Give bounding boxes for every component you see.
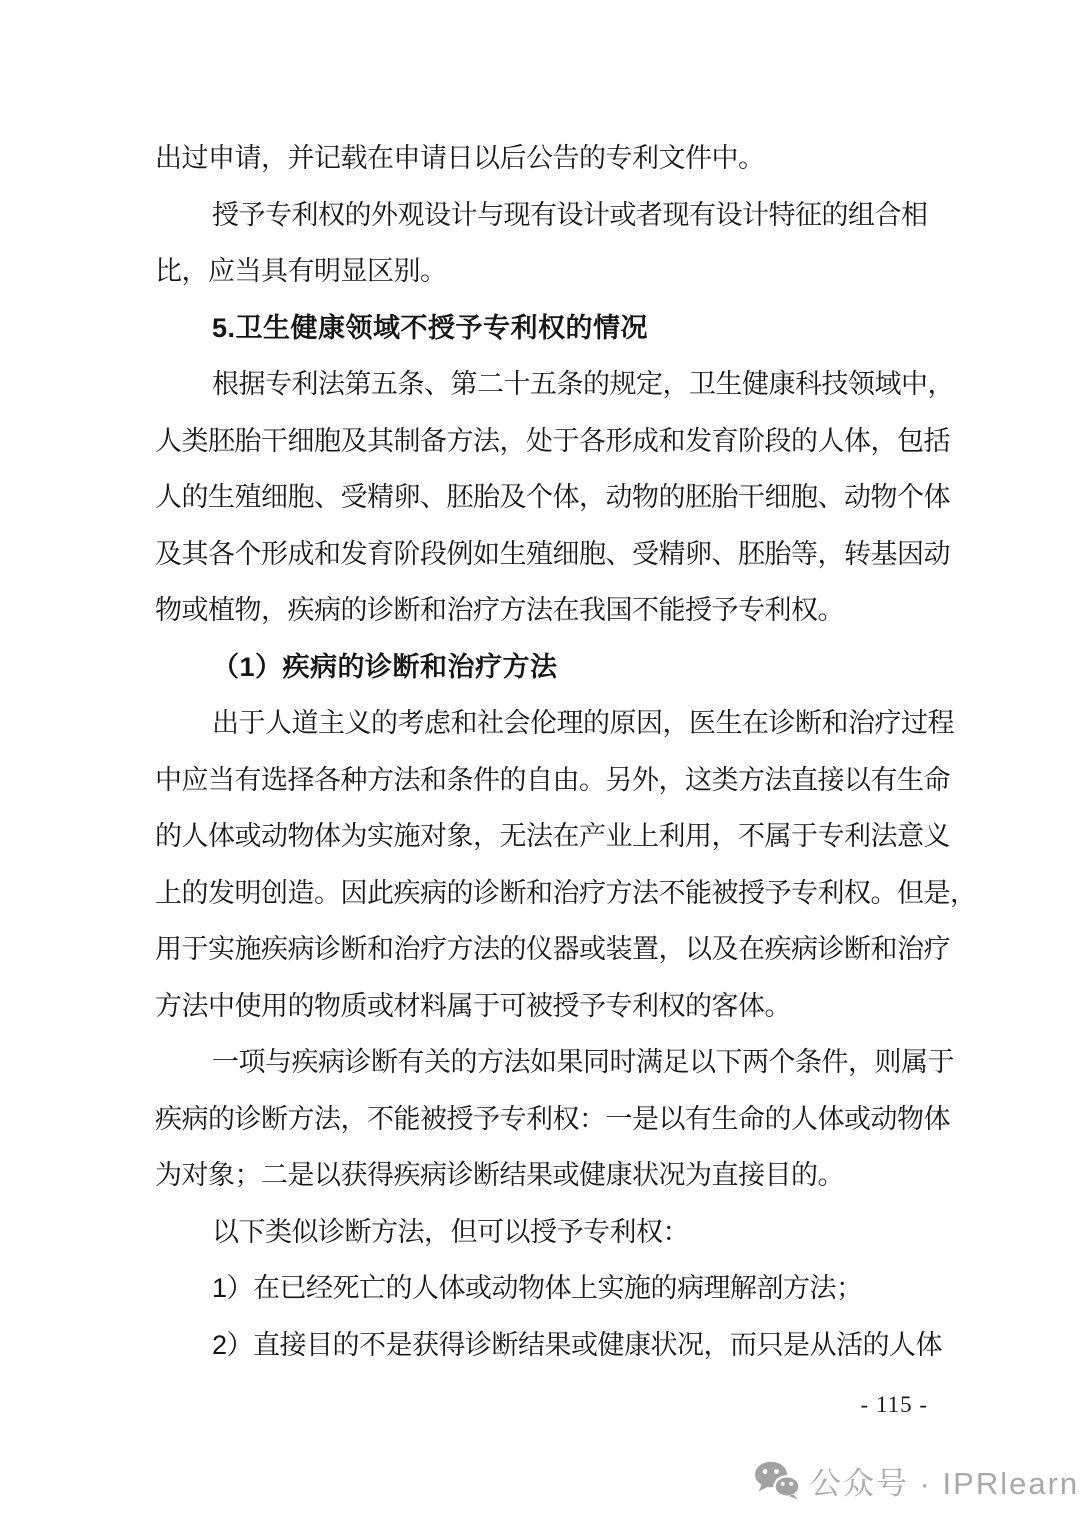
paragraph-line: 用于实施疾病诊断和治疗方法的仪器或装置，以及在疾病诊断和治疗 xyxy=(155,921,930,978)
document-body: 出过申请，并记载在申请日以后公告的专利文件中。 授予专利权的外观设计与现有设计或… xyxy=(155,130,930,1373)
paragraph-line: 人的生殖细胞、受精卵、胚胎及个体，动物的胚胎干细胞、动物个体 xyxy=(155,469,930,526)
paragraph-line: 疾病的诊断方法，不能被授予专利权：一是以有生命的人体或动物体 xyxy=(155,1091,930,1148)
paragraph-line: 以下类似诊断方法，但可以授予专利权： xyxy=(155,1204,930,1261)
paragraph-line: 根据专利法第五条、第二十五条的规定，卫生健康科技领域中， xyxy=(155,356,930,413)
wechat-watermark: 公众号 · IPRlearn xyxy=(754,1458,1079,1503)
paragraph-line: 上的发明创造。因此疾病的诊断和治疗方法不能被授予专利权。但是， xyxy=(155,865,930,922)
paragraph-line: 授予专利权的外观设计与现有设计或者现有设计特征的组合相 xyxy=(155,187,930,244)
list-item-line: 1）在已经死亡的人体或动物体上实施的病理解剖方法； xyxy=(155,1260,930,1317)
paragraph-line: 的人体或动物体为实施对象，无法在产业上利用，不属于专利法意义 xyxy=(155,808,930,865)
section-heading: （1）疾病的诊断和治疗方法 xyxy=(155,639,930,696)
paragraph-line: 为对象；二是以获得疾病诊断结果或健康状况为直接目的。 xyxy=(155,1147,930,1204)
paragraph-line: 比，应当具有明显区别。 xyxy=(155,243,930,300)
paragraph-line: 出过申请，并记载在申请日以后公告的专利文件中。 xyxy=(155,130,930,187)
paragraph-line: 一项与疾病诊断有关的方法如果同时满足以下两个条件，则属于 xyxy=(155,1034,930,1091)
watermark-text: 公众号 · IPRlearn xyxy=(810,1458,1079,1503)
wechat-icon xyxy=(754,1461,801,1500)
section-heading: 5.卫生健康领域不授予专利权的情况 xyxy=(155,300,930,357)
paragraph-line: 人类胚胎干细胞及其制备方法，处于各形成和发育阶段的人体，包括 xyxy=(155,413,930,470)
list-item-line: 2）直接目的不是获得诊断结果或健康状况，而只是从活的人体 xyxy=(155,1317,930,1374)
paragraph-line: 出于人道主义的考虑和社会伦理的原因，医生在诊断和治疗过程 xyxy=(155,695,930,752)
paragraph-line: 中应当有选择各种方法和条件的自由。另外，这类方法直接以有生命 xyxy=(155,752,930,809)
paragraph-line: 物或植物，疾病的诊断和治疗方法在我国不能授予专利权。 xyxy=(155,582,930,639)
page-number: - 115 - xyxy=(861,1392,928,1418)
paragraph-line: 及其各个形成和发育阶段例如生殖细胞、受精卵、胚胎等，转基因动 xyxy=(155,526,930,583)
document-page: 出过申请，并记载在申请日以后公告的专利文件中。 授予专利权的外观设计与现有设计或… xyxy=(0,0,1080,1527)
paragraph-line: 方法中使用的物质或材料属于可被授予专利权的客体。 xyxy=(155,978,930,1035)
